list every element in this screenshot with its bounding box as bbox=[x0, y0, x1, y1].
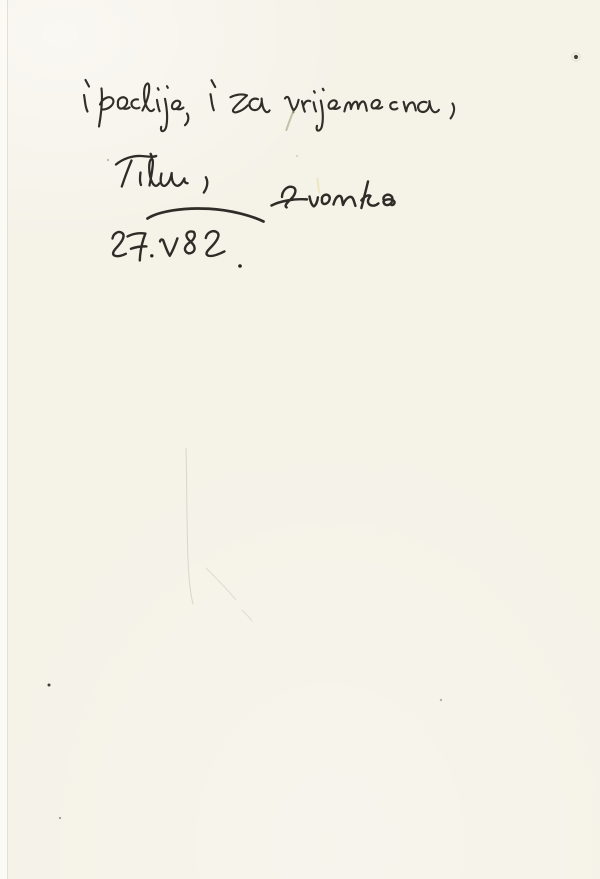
signature-zvonko bbox=[272, 182, 395, 209]
word-vrijeme bbox=[285, 89, 382, 131]
faint-scratches bbox=[206, 568, 252, 621]
handwriting-line-2-salutation bbox=[116, 154, 264, 222]
green-smudge bbox=[286, 113, 293, 131]
speck-near-titu bbox=[107, 159, 109, 161]
green-smudge-dot bbox=[292, 111, 295, 114]
scanned-note-page: i poslije, i za vrijeme sna , Titu , Zvo… bbox=[0, 0, 600, 879]
pale-scratch-signature bbox=[318, 179, 320, 193]
date-month-v bbox=[160, 238, 177, 255]
comma-after-poslije bbox=[185, 114, 188, 126]
word-za bbox=[231, 94, 270, 112]
date-line bbox=[113, 231, 242, 268]
date-82 bbox=[185, 231, 224, 256]
handwriting-layer bbox=[0, 0, 600, 879]
signature-stroke bbox=[272, 182, 395, 209]
comma-after-titu bbox=[204, 177, 207, 192]
word-i-2 bbox=[211, 80, 216, 110]
word-sna bbox=[390, 101, 439, 112]
word-titu bbox=[116, 154, 188, 187]
green-speck-small bbox=[296, 155, 298, 157]
handwriting-line-1 bbox=[84, 80, 454, 131]
speck-mid-left bbox=[48, 684, 51, 687]
underline-stroke bbox=[148, 208, 264, 221]
date-period bbox=[238, 264, 242, 268]
word-i-1 bbox=[84, 80, 89, 112]
word-poslije bbox=[99, 83, 183, 131]
speck-bottom-right bbox=[440, 699, 442, 701]
date-27 bbox=[113, 232, 147, 260]
date-dot-separator bbox=[150, 254, 153, 257]
comma-after-sna bbox=[451, 104, 454, 119]
ink-speck-top-right bbox=[574, 55, 578, 59]
speck-bottom-left bbox=[59, 817, 61, 819]
crease-line bbox=[186, 448, 193, 604]
